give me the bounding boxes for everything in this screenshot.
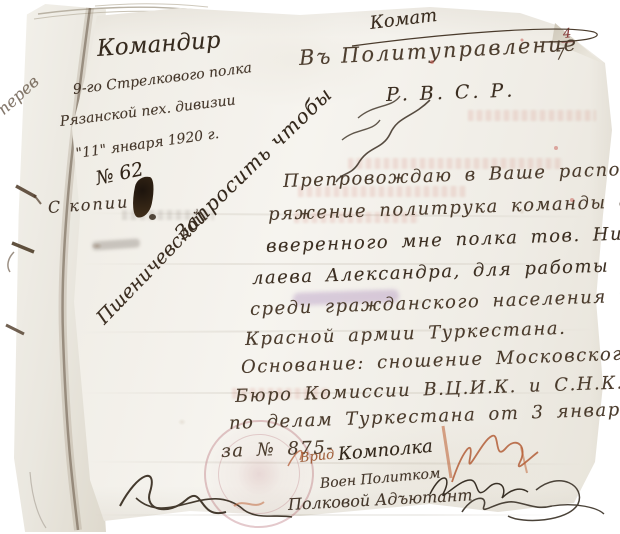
red-pen-stroke: [443, 426, 451, 478]
large-signature-flourish: [120, 476, 226, 513]
registration-scribble: [358, 96, 400, 118]
adjutant-signature-scribble: [462, 498, 552, 512]
red-pen-mark: [288, 451, 302, 466]
document-photo: перев Командир 9-го Стрелкового полка Ря…: [0, 0, 620, 534]
top-note-flourish: [352, 29, 597, 46]
red-ink-speck: [430, 60, 434, 64]
large-signature-flourish: [136, 498, 292, 517]
registration-scribble: [342, 120, 380, 140]
commissar-signature-scribble: [430, 478, 528, 498]
red-ink-speck: [570, 198, 574, 202]
registration-scribble: [336, 100, 430, 182]
signature-graphics: [0, 0, 620, 534]
red-ink-speck: [521, 39, 524, 42]
commander-signature-scribble: [452, 436, 538, 482]
adjutant-signature-flourish: [508, 481, 579, 521]
red-pen-stroke: [521, 447, 527, 473]
adjutant-signature-tail: [552, 505, 604, 514]
red-ink-speck: [554, 146, 558, 150]
